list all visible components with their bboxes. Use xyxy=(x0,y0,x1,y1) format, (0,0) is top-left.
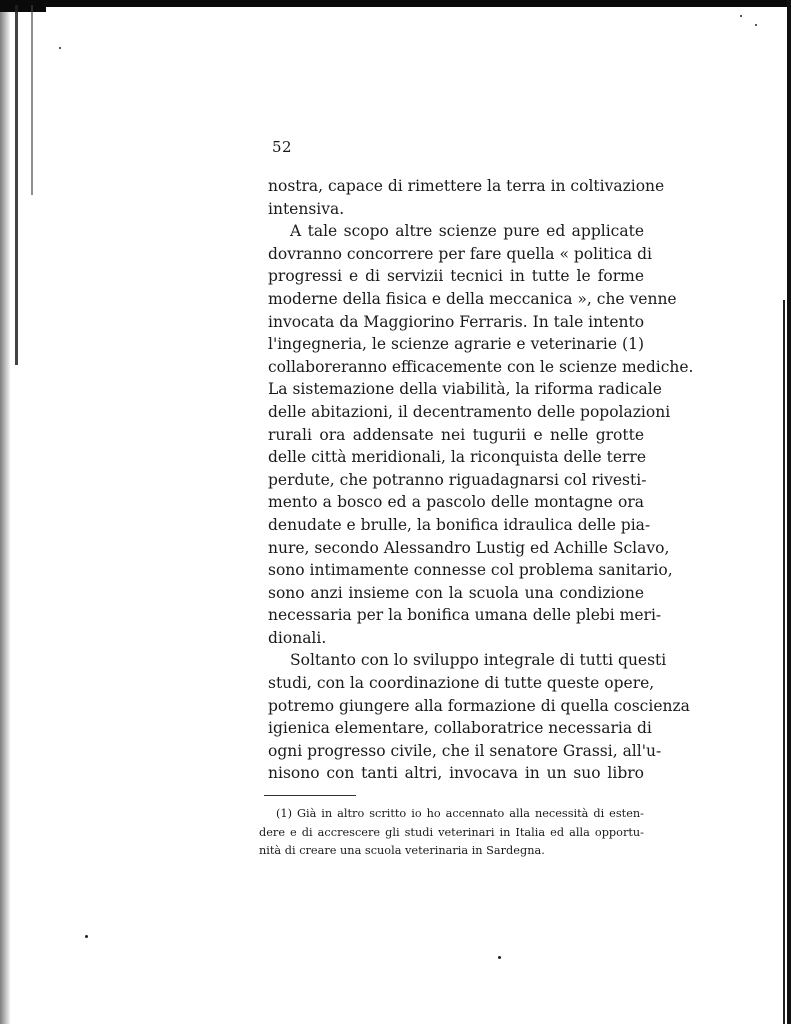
text-line: dovranno concorrere per fare quella « po… xyxy=(268,243,644,266)
scan-speck xyxy=(755,24,757,26)
text-line: moderne della fisica e della meccanica »… xyxy=(268,288,644,311)
text-line: mento a bosco ed a pascolo delle montagn… xyxy=(268,491,644,514)
scan-speck xyxy=(498,956,501,959)
text-line: perdute, che potranno riguadagnarsi col … xyxy=(268,469,644,492)
text-line: delle abitazioni, il decentramento delle… xyxy=(268,401,644,424)
text-line: potremo giungere alla formazione di quel… xyxy=(268,695,644,718)
text-line: La sistemazione della viabilità, la rifo… xyxy=(268,378,644,401)
text-line: invocata da Maggiorino Ferraris. In tale… xyxy=(268,311,644,334)
footnote-line: nità di creare una scuola veterinaria in… xyxy=(259,842,644,861)
text-line: nisono con tanti altri, invocava in un s… xyxy=(268,762,644,785)
text-line: sono intimamente connesse col problema s… xyxy=(268,559,644,582)
scan-border-right xyxy=(787,0,791,1024)
scan-page-edge-line xyxy=(783,300,785,1024)
footnote-line: (1) Già in altro scritto io ho accennato… xyxy=(259,805,644,824)
scan-binding-line xyxy=(15,5,18,365)
scan-binding-line xyxy=(31,5,33,195)
text-line: nostra, capace di rimettere la terra in … xyxy=(268,175,644,198)
text-line: sono anzi insieme con la scuola una cond… xyxy=(268,582,644,605)
text-line: studi, con la coordinazione di tutte que… xyxy=(268,672,644,695)
text-line: l'ingegneria, le scienze agrarie e veter… xyxy=(268,333,644,356)
scan-corner-top-left xyxy=(0,0,46,12)
text-line: igienica elementare, collaboratrice nece… xyxy=(268,717,644,740)
scan-speck xyxy=(740,15,742,17)
scan-border-top xyxy=(0,0,791,7)
page-number: 52 xyxy=(272,138,292,156)
text-line: collaboreranno efficacemente con le scie… xyxy=(268,356,644,379)
text-line: Soltanto con lo sviluppo integrale di tu… xyxy=(268,649,644,672)
footnote: (1) Già in altro scritto io ho accennato… xyxy=(259,805,644,861)
text-line: ogni progresso civile, che il senatore G… xyxy=(268,740,644,763)
footnote-separator xyxy=(264,795,356,796)
text-line: nure, secondo Alessandro Lustig ed Achil… xyxy=(268,537,644,560)
text-line: denudate e brulle, la bonifica idraulica… xyxy=(268,514,644,537)
text-line: delle città meridionali, la riconquista … xyxy=(268,446,644,469)
text-line: progressi e di servizii tecnici in tutte… xyxy=(268,265,644,288)
scan-speck xyxy=(85,935,88,938)
text-line: rurali ora addensate nei tugurii e nelle… xyxy=(268,424,644,447)
text-line: dionali. xyxy=(268,627,644,650)
text-line: necessaria per la bonifica umana delle p… xyxy=(268,604,644,627)
scan-border-left xyxy=(0,0,10,1024)
scan-speck xyxy=(59,47,61,49)
body-text: nostra, capace di rimettere la terra in … xyxy=(268,175,644,785)
text-line: intensiva. xyxy=(268,198,644,221)
text-line: A tale scopo altre scienze pure ed appli… xyxy=(268,220,644,243)
footnote-line: dere e di accrescere gli studi veterinar… xyxy=(259,824,644,843)
